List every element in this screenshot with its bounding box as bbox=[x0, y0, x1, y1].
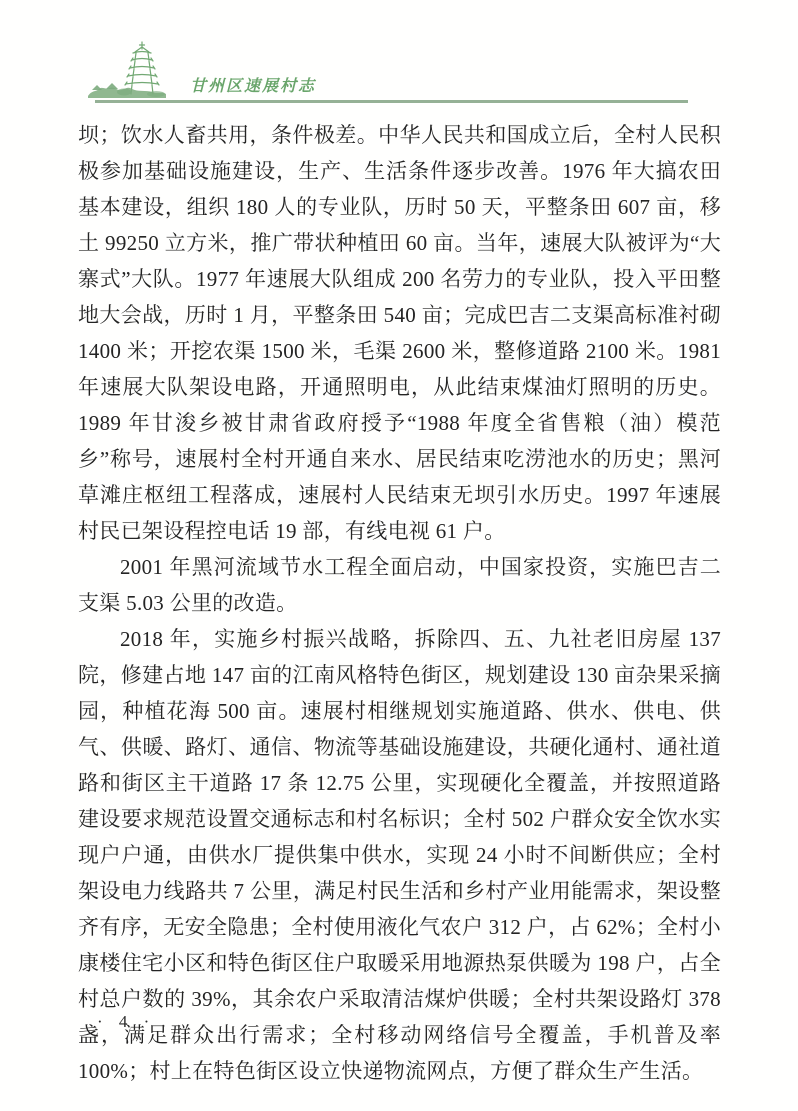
body-paragraph-3: 2018 年，实施乡村振兴战略，拆除四、五、九社老旧房屋 137 院，修建占地 … bbox=[78, 621, 721, 1089]
page-header: 甘州区速展村志 bbox=[86, 42, 316, 102]
header-rule bbox=[95, 100, 688, 103]
body-paragraph-1: 坝；饮水人畜共用，条件极差。中华人民共和国成立后，全村人民积极参加基础设施建设，… bbox=[78, 117, 721, 549]
document-page: 甘州区速展村志 坝；饮水人畜共用，条件极差。中华人民共和国成立后，全村人民积极参… bbox=[0, 0, 798, 1111]
body-paragraph-2: 2001 年黑河流域节水工程全面启动，中国家投资，实施巴吉二支渠 5.03 公里… bbox=[78, 549, 721, 621]
pagoda-logo-icon bbox=[86, 42, 186, 102]
page-number: · 4 · bbox=[97, 1012, 155, 1032]
book-title: 甘州区速展村志 bbox=[186, 73, 316, 102]
page-body: 坝；饮水人畜共用，条件极差。中华人民共和国成立后，全村人民积极参加基础设施建设，… bbox=[78, 117, 721, 1089]
